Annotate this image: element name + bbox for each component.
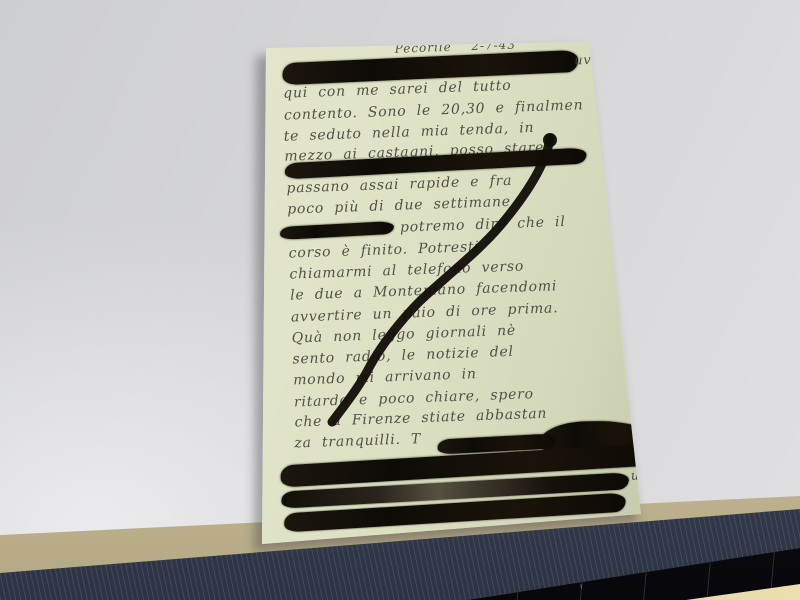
diagonal-ink-stroke — [254, 40, 644, 548]
photo-of-censored-letter: 9 0 ' Pecorile 2-7-43 uvi qui con me sar… — [0, 0, 800, 600]
letter-card: Pecorile 2-7-43 uvi qui con me sarei del… — [254, 40, 644, 548]
keyboard-key-apostrophe: ' — [579, 583, 585, 598]
